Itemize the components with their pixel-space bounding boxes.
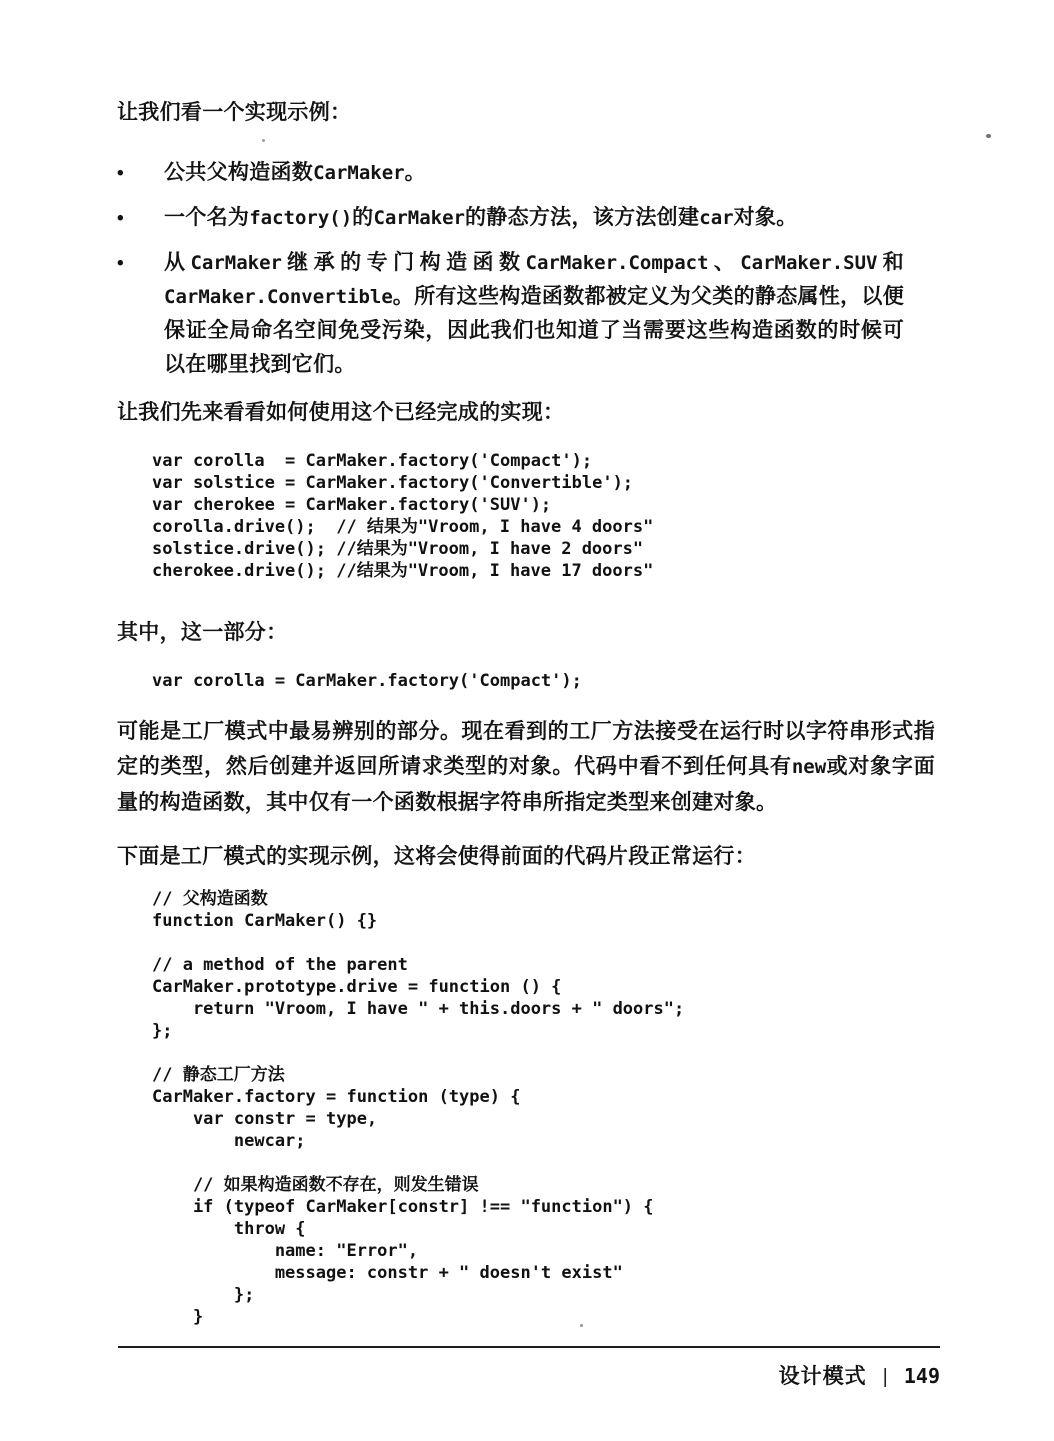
paragraph-intro: 让我们看一个实现示例： <box>117 96 935 130</box>
inline-code: CarMaker <box>313 162 405 184</box>
text-segment: 对象。 <box>734 206 798 229</box>
inline-code: CarMaker.Convertible <box>164 286 393 308</box>
bullet-icon: • <box>117 249 124 279</box>
paragraph-part-lead: 其中，这一部分： <box>117 616 935 650</box>
inline-code: car <box>699 207 733 229</box>
text-segment: 和 <box>878 251 904 274</box>
text-segment: 的 <box>352 206 373 229</box>
text-segment: 公共父构造函数 <box>164 161 313 184</box>
footer-separator: | <box>883 1366 888 1389</box>
inline-code: factory() <box>249 207 352 229</box>
text-segment: 的静态方法，该方法创建 <box>465 206 699 229</box>
scan-artifact <box>986 134 991 138</box>
scan-artifact <box>580 1324 583 1327</box>
code-block-usage: var corolla = CarMaker.factory('Compact'… <box>152 450 653 582</box>
footer-divider <box>118 1346 940 1348</box>
inline-code: CarMaker.SUV <box>740 252 877 274</box>
text-segment: 一个名为 <box>164 206 249 229</box>
inline-code: CarMaker.Compact <box>526 252 709 274</box>
footer-page-number: 149 <box>904 1364 940 1388</box>
list-item-text: 一个名为factory()的CarMaker的静态方法，该方法创建car对象。 <box>164 201 904 235</box>
code-block-implementation: // 父构造函数 function CarMaker() {} // a met… <box>152 888 684 1328</box>
footer-section-title: 设计模式 <box>779 1360 867 1390</box>
paragraph-impl-lead: 下面是工厂模式的实现示例，这将会使得前面的代码片段正常运行： <box>117 840 935 874</box>
text-segment: 从 <box>164 251 190 274</box>
page-footer: 设计模式 | 149 <box>779 1360 940 1390</box>
list-item-factory-method: • 一个名为factory()的CarMaker的静态方法，该方法创建car对象… <box>117 201 935 235</box>
list-item-text: 从CarMaker继承的专门构造函数CarMaker.Compact、CarMa… <box>164 246 904 382</box>
list-item-specialized-constructors: • 从CarMaker继承的专门构造函数CarMaker.Compact、Car… <box>117 246 935 382</box>
paragraph-usage-lead: 让我们先来看看如何使用这个已经完成的实现： <box>117 396 935 430</box>
scan-artifact <box>262 139 265 142</box>
paragraph-explanation: 可能是工厂模式中最易辨别的部分。现在看到的工厂方法接受在运行时以字符串形式指定的… <box>117 714 935 820</box>
inline-code: new <box>792 756 826 778</box>
list-item-text: 公共父构造函数CarMaker。 <box>164 156 904 190</box>
inline-code: CarMaker <box>190 252 282 274</box>
code-block-single-line: var corolla = CarMaker.factory('Compact'… <box>152 670 582 692</box>
book-page: 让我们看一个实现示例： • 公共父构造函数CarMaker。 • 一个名为fac… <box>0 0 1054 1441</box>
list-item-parent-constructor: • 公共父构造函数CarMaker。 <box>117 156 935 190</box>
bullet-icon: • <box>117 204 124 234</box>
text-segment: 。 <box>405 161 426 184</box>
text-segment: 、 <box>709 251 741 274</box>
inline-code: CarMaker <box>373 207 465 229</box>
text-segment: 继承的专门构造函数 <box>282 251 526 274</box>
bullet-icon: • <box>117 159 124 189</box>
